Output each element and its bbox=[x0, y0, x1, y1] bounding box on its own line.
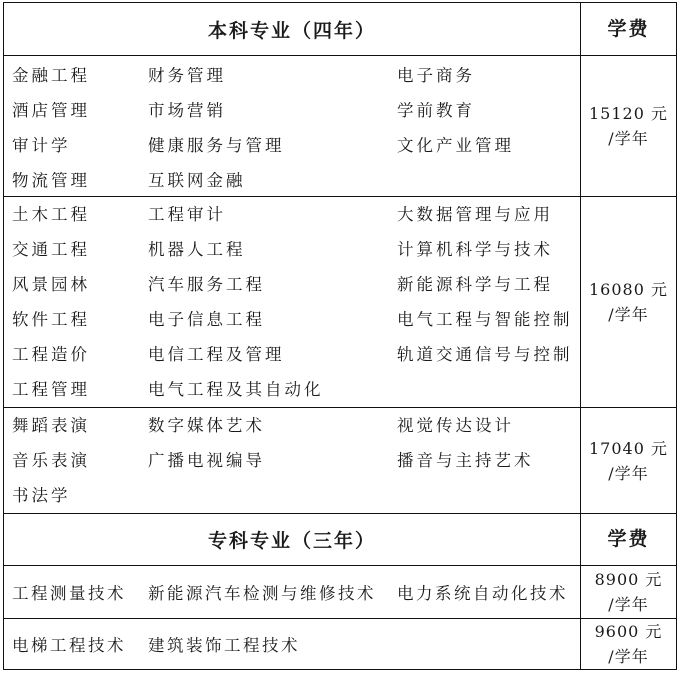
undergraduate-header: 本科专业（四年） bbox=[4, 3, 580, 55]
major-name: 电力系统自动化技术 bbox=[397, 566, 568, 618]
major-name: 工程测量技术 bbox=[12, 566, 126, 618]
fee-amount: 8900 元 bbox=[595, 567, 663, 592]
major-name: 电气工程与智能控制 bbox=[397, 302, 573, 337]
major-name: 物流管理 bbox=[12, 163, 90, 198]
major-name: 财务管理 bbox=[148, 58, 285, 93]
major-name: 健康服务与管理 bbox=[148, 128, 285, 163]
major-name: 工程造价 bbox=[12, 337, 90, 372]
major-name: 计算机科学与技术 bbox=[397, 232, 573, 267]
fee-unit: /学年 bbox=[608, 126, 648, 151]
fee-cell: 15120 元 /学年 bbox=[581, 56, 676, 196]
major-column-3: 视觉传达设计 播音与主持艺术 bbox=[397, 408, 534, 478]
fee-unit: /学年 bbox=[608, 592, 648, 617]
fee-cell: 8900 元 /学年 bbox=[581, 566, 676, 618]
major-name: 视觉传达设计 bbox=[397, 408, 534, 443]
major-name: 数字媒体艺术 bbox=[148, 408, 265, 443]
undergraduate-group-3: 舞蹈表演 音乐表演 书法学 数字媒体艺术 广播电视编导 视觉传达设计 播音与主持… bbox=[4, 408, 676, 514]
major-name: 软件工程 bbox=[12, 302, 90, 337]
major-name: 机器人工程 bbox=[148, 232, 324, 267]
vocational-group-2: 电梯工程技术 建筑装饰工程技术 9600 元 /学年 bbox=[4, 619, 676, 669]
major-name: 工程管理 bbox=[12, 372, 90, 407]
vocational-header-row: 专科专业（三年） 学费 bbox=[4, 514, 676, 566]
major-name: 工程审计 bbox=[148, 197, 324, 232]
major-name: 电梯工程技术 bbox=[12, 619, 126, 669]
major-name: 电信工程及管理 bbox=[148, 337, 324, 372]
major-column-3: 大数据管理与应用 计算机科学与技术 新能源科学与工程 电气工程与智能控制 轨道交… bbox=[397, 197, 573, 372]
major-name: 汽车服务工程 bbox=[148, 267, 324, 302]
fee-unit: /学年 bbox=[608, 461, 648, 486]
major-name: 新能源汽车检测与维修技术 bbox=[148, 566, 376, 618]
major-name: 播音与主持艺术 bbox=[397, 443, 534, 478]
major-name: 电子商务 bbox=[397, 58, 514, 93]
fee-cell: 16080 元 /学年 bbox=[581, 197, 676, 407]
major-column-1: 舞蹈表演 音乐表演 书法学 bbox=[12, 408, 90, 513]
major-name: 互联网金融 bbox=[148, 163, 285, 198]
major-name: 新能源科学与工程 bbox=[397, 267, 573, 302]
major-name: 电气工程及其自动化 bbox=[148, 372, 324, 407]
fee-amount: 16080 元 bbox=[589, 277, 668, 302]
major-column-3: 电子商务 学前教育 文化产业管理 bbox=[397, 58, 514, 163]
major-name: 交通工程 bbox=[12, 232, 90, 267]
fee-cell: 17040 元 /学年 bbox=[581, 408, 676, 513]
major-name: 大数据管理与应用 bbox=[397, 197, 573, 232]
fee-unit: /学年 bbox=[608, 644, 648, 669]
major-name: 市场营销 bbox=[148, 93, 285, 128]
fee-amount: 15120 元 bbox=[589, 101, 668, 126]
major-column-2: 财务管理 市场营销 健康服务与管理 互联网金融 bbox=[148, 58, 285, 198]
fee-amount: 17040 元 bbox=[589, 436, 668, 461]
major-name: 广播电视编导 bbox=[148, 443, 265, 478]
major-name: 轨道交通信号与控制 bbox=[397, 337, 573, 372]
major-column-1: 土木工程 交通工程 风景园林 软件工程 工程造价 工程管理 bbox=[12, 197, 90, 407]
major-name: 建筑装饰工程技术 bbox=[148, 619, 300, 669]
tuition-table: 本科专业（四年） 学费 金融工程 酒店管理 审计学 物流管理 财务管理 市场营销… bbox=[3, 2, 677, 670]
fee-cell: 9600 元 /学年 bbox=[581, 619, 676, 669]
major-name: 电子信息工程 bbox=[148, 302, 324, 337]
major-name: 审计学 bbox=[12, 128, 90, 163]
fee-header: 学费 bbox=[581, 514, 676, 565]
major-name: 金融工程 bbox=[12, 58, 90, 93]
undergraduate-header-row: 本科专业（四年） 学费 bbox=[4, 3, 676, 56]
major-name: 学前教育 bbox=[397, 93, 514, 128]
fee-amount: 9600 元 bbox=[595, 619, 663, 644]
fee-header: 学费 bbox=[581, 3, 676, 55]
major-name: 酒店管理 bbox=[12, 93, 90, 128]
undergraduate-group-1: 金融工程 酒店管理 审计学 物流管理 财务管理 市场营销 健康服务与管理 互联网… bbox=[4, 56, 676, 197]
major-name: 书法学 bbox=[12, 478, 90, 513]
undergraduate-group-2: 土木工程 交通工程 风景园林 软件工程 工程造价 工程管理 工程审计 机器人工程… bbox=[4, 197, 676, 408]
major-column-2: 数字媒体艺术 广播电视编导 bbox=[148, 408, 265, 478]
major-name: 风景园林 bbox=[12, 267, 90, 302]
major-column-1: 金融工程 酒店管理 审计学 物流管理 bbox=[12, 58, 90, 198]
major-column-2: 工程审计 机器人工程 汽车服务工程 电子信息工程 电信工程及管理 电气工程及其自… bbox=[148, 197, 324, 407]
major-name: 舞蹈表演 bbox=[12, 408, 90, 443]
fee-unit: /学年 bbox=[608, 302, 648, 327]
major-name: 土木工程 bbox=[12, 197, 90, 232]
major-name: 音乐表演 bbox=[12, 443, 90, 478]
vocational-group-1: 工程测量技术 新能源汽车检测与维修技术 电力系统自动化技术 8900 元 /学年 bbox=[4, 566, 676, 619]
vocational-header: 专科专业（三年） bbox=[4, 514, 580, 565]
major-name: 文化产业管理 bbox=[397, 128, 514, 163]
